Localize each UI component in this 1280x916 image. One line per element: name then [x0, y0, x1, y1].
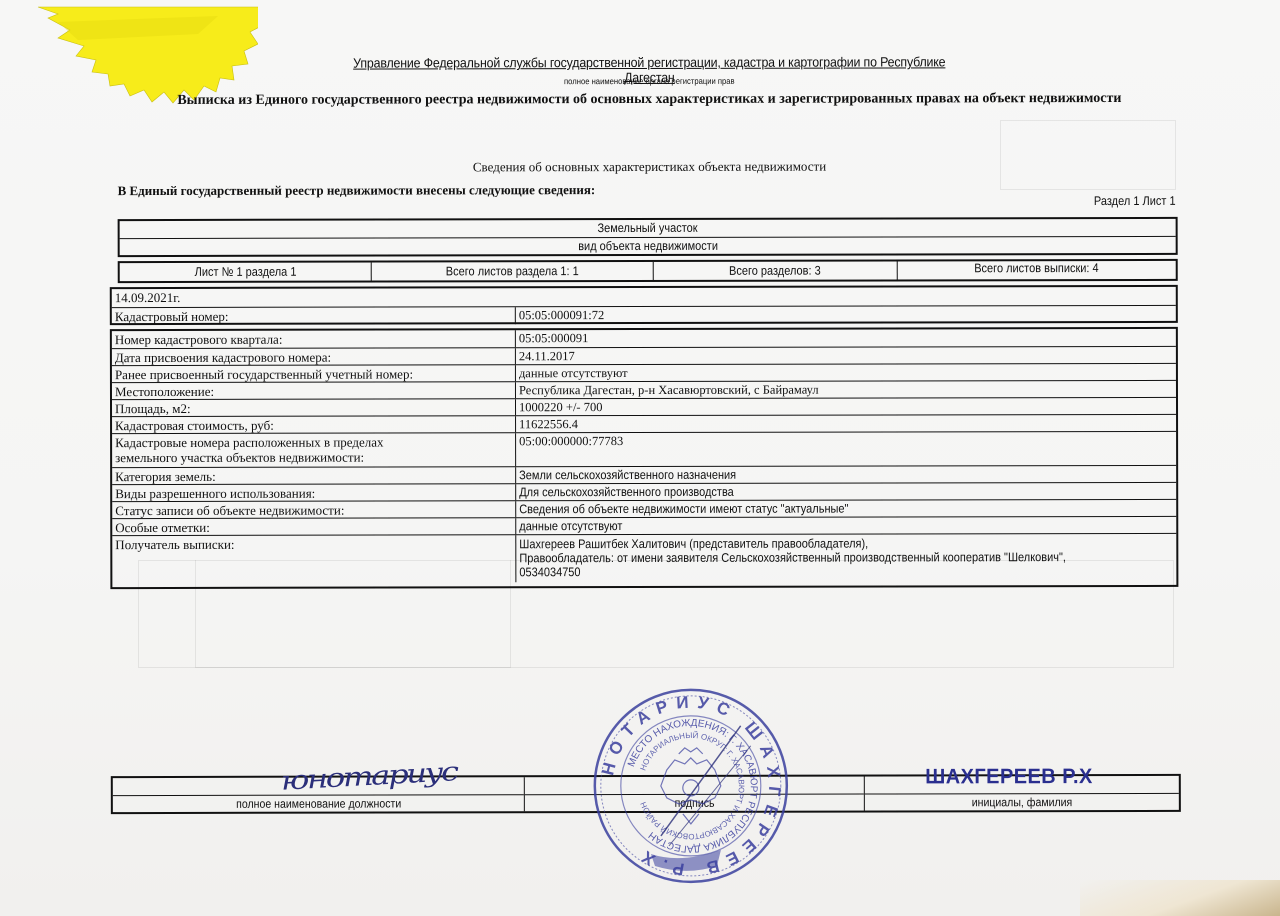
cadastral-number-row: Кадастровый номер: 05:05:000091:72: [112, 305, 1176, 325]
field-label: Номер кадастрового квартала:: [112, 330, 516, 348]
field-row-location: Местоположение: Республика Дагестан, р-н…: [112, 380, 1176, 399]
field-label: Дата присвоения кадастрового номера:: [112, 348, 516, 365]
field-row-assign-date: Дата присвоения кадастрового номера: 24.…: [112, 346, 1176, 365]
field-value: Земли сельскохозяйственного назначения: [516, 466, 1176, 483]
recipient-line: 0534034750: [519, 565, 580, 579]
svg-text:НОТАРИАЛЬНЫЙ ОКРУГ: Г. ХАСАВЮР: НОТАРИАЛЬНЫЙ ОКРУГ: Г. ХАСАВЮРТ И ХАСАВЮ…: [638, 731, 746, 841]
field-value: Сведения об объекте недвижимости имеют с…: [516, 500, 1176, 517]
intro-text: В Единый государственный реестр недвижим…: [118, 182, 596, 199]
notary-seal-icon: НОТАРИУС ШАХГЕРЕЕВ Р.Х МЕСТО НАХОЖДЕНИЯ:…: [591, 686, 791, 886]
field-value: Республика Дагестан, р-н Хасавюртовский,…: [516, 381, 1176, 398]
field-value-text: Для сельскохозяйственного производства: [519, 485, 734, 500]
sheet-number: Лист № 1 раздела 1: [194, 263, 296, 282]
date-cadastral-box: 14.09.2021г. Кадастровый номер: 05:05:00…: [110, 285, 1178, 325]
field-value-text: данные отсутствуют: [519, 519, 622, 534]
field-value: 11622556.4: [516, 415, 1176, 432]
name-caption: инициалы, фамилия: [972, 794, 1073, 810]
characteristics-table: Номер кадастрового квартала: 05:05:00009…: [110, 327, 1179, 589]
date-row: 14.09.2021г.: [112, 287, 1176, 307]
field-row-quarter: Номер кадастрового квартала: 05:05:00009…: [112, 329, 1176, 348]
cadastral-number-value: 05:05:000091:72: [516, 306, 1176, 324]
field-row-cadastral-value: Кадастровая стоимость, руб: 11622556.4: [112, 414, 1176, 433]
document: Управление Федеральной службы государств…: [0, 0, 1280, 916]
position-caption: полное наименование должности: [236, 795, 401, 811]
recipient-line: Правообладатель: от имени заявителя Сель…: [519, 550, 1066, 565]
sheet-counts-row: Лист № 1 раздела 1 Всего листов раздела …: [118, 259, 1178, 283]
field-label: Категория земель:: [112, 467, 516, 484]
field-row-area: Площадь, м2: 1000220 +/- 700: [112, 397, 1176, 416]
agency-caption: полное наименование органа регистрации п…: [334, 75, 964, 86]
field-value: данные отсутствуют: [516, 517, 1176, 534]
field-row-special-notes: Особые отметки: данные отсутствуют: [112, 516, 1176, 535]
field-row-land-category: Категория земель: Земли сельскохозяйстве…: [112, 465, 1176, 484]
recipient-line: Шахгереев Рашитбек Халитович (представит…: [519, 537, 868, 552]
field-row-objects-within: Кадастровые номера расположенных в преде…: [112, 431, 1176, 467]
field-value: 05:00:000000:77783: [516, 432, 1176, 466]
field-label: Кадастровая стоимость, руб:: [112, 416, 516, 433]
field-value-text: Сведения об объекте недвижимости имеют с…: [519, 502, 848, 518]
field-label: Площадь, м2:: [112, 399, 516, 416]
field-value: данные отсутствуют: [516, 364, 1176, 381]
field-label: Ранее присвоенный государственный учетны…: [112, 365, 516, 382]
field-value-text: Земли сельскохозяйственного назначения: [519, 468, 736, 483]
extract-date: 14.09.2021г.: [112, 287, 1176, 307]
field-value: Для сельскохозяйственного производства: [516, 483, 1176, 500]
field-row-previous-number: Ранее присвоенный государственный учетны…: [112, 363, 1176, 382]
section-sheets-total: Всего листов раздела 1: 1: [446, 262, 579, 281]
field-row-recipient: Получатель выписки: Шахгереев Рашитбек Х…: [112, 533, 1176, 583]
field-row-permitted-use: Виды разрешенного использования: Для сел…: [112, 482, 1176, 501]
field-value: 24.11.2017: [516, 347, 1176, 364]
sheet-reference: Раздел 1 Лист 1: [1021, 194, 1176, 208]
field-label: Виды разрешенного использования:: [112, 484, 516, 501]
field-row-record-status: Статус записи об объекте недвижимости: С…: [112, 499, 1176, 518]
field-value: 1000220 +/- 700: [516, 398, 1176, 415]
extract-title: Выписка из Единого государственного реес…: [109, 91, 1189, 109]
field-label: Кадастровые номера расположенных в преде…: [112, 433, 516, 467]
extract-sheets-total: Всего листов выписки: 4: [974, 261, 1098, 276]
field-label: Местоположение:: [112, 382, 516, 399]
object-type-value: Земельный участок: [598, 220, 698, 237]
field-label: Особые отметки:: [112, 518, 516, 535]
object-type-box: Земельный участок вид объекта недвижимос…: [118, 217, 1178, 257]
name-stamp: ШАХГЕРЕЕВ Р.Х: [925, 765, 1093, 789]
field-label: Получатель выписки:: [112, 535, 516, 583]
object-type-caption: вид объекта недвижимости: [578, 238, 718, 254]
field-value: Шахгереев Рашитбек Халитович (представит…: [516, 534, 1176, 582]
sections-total: Всего разделов: 3: [729, 262, 821, 281]
cadastral-number-label: Кадастровый номер:: [112, 307, 516, 325]
field-value: 05:05:000091: [516, 329, 1176, 347]
section-title: Сведения об основных характеристиках объ…: [299, 158, 999, 175]
field-label: Статус записи об объекте недвижимости:: [112, 501, 516, 518]
